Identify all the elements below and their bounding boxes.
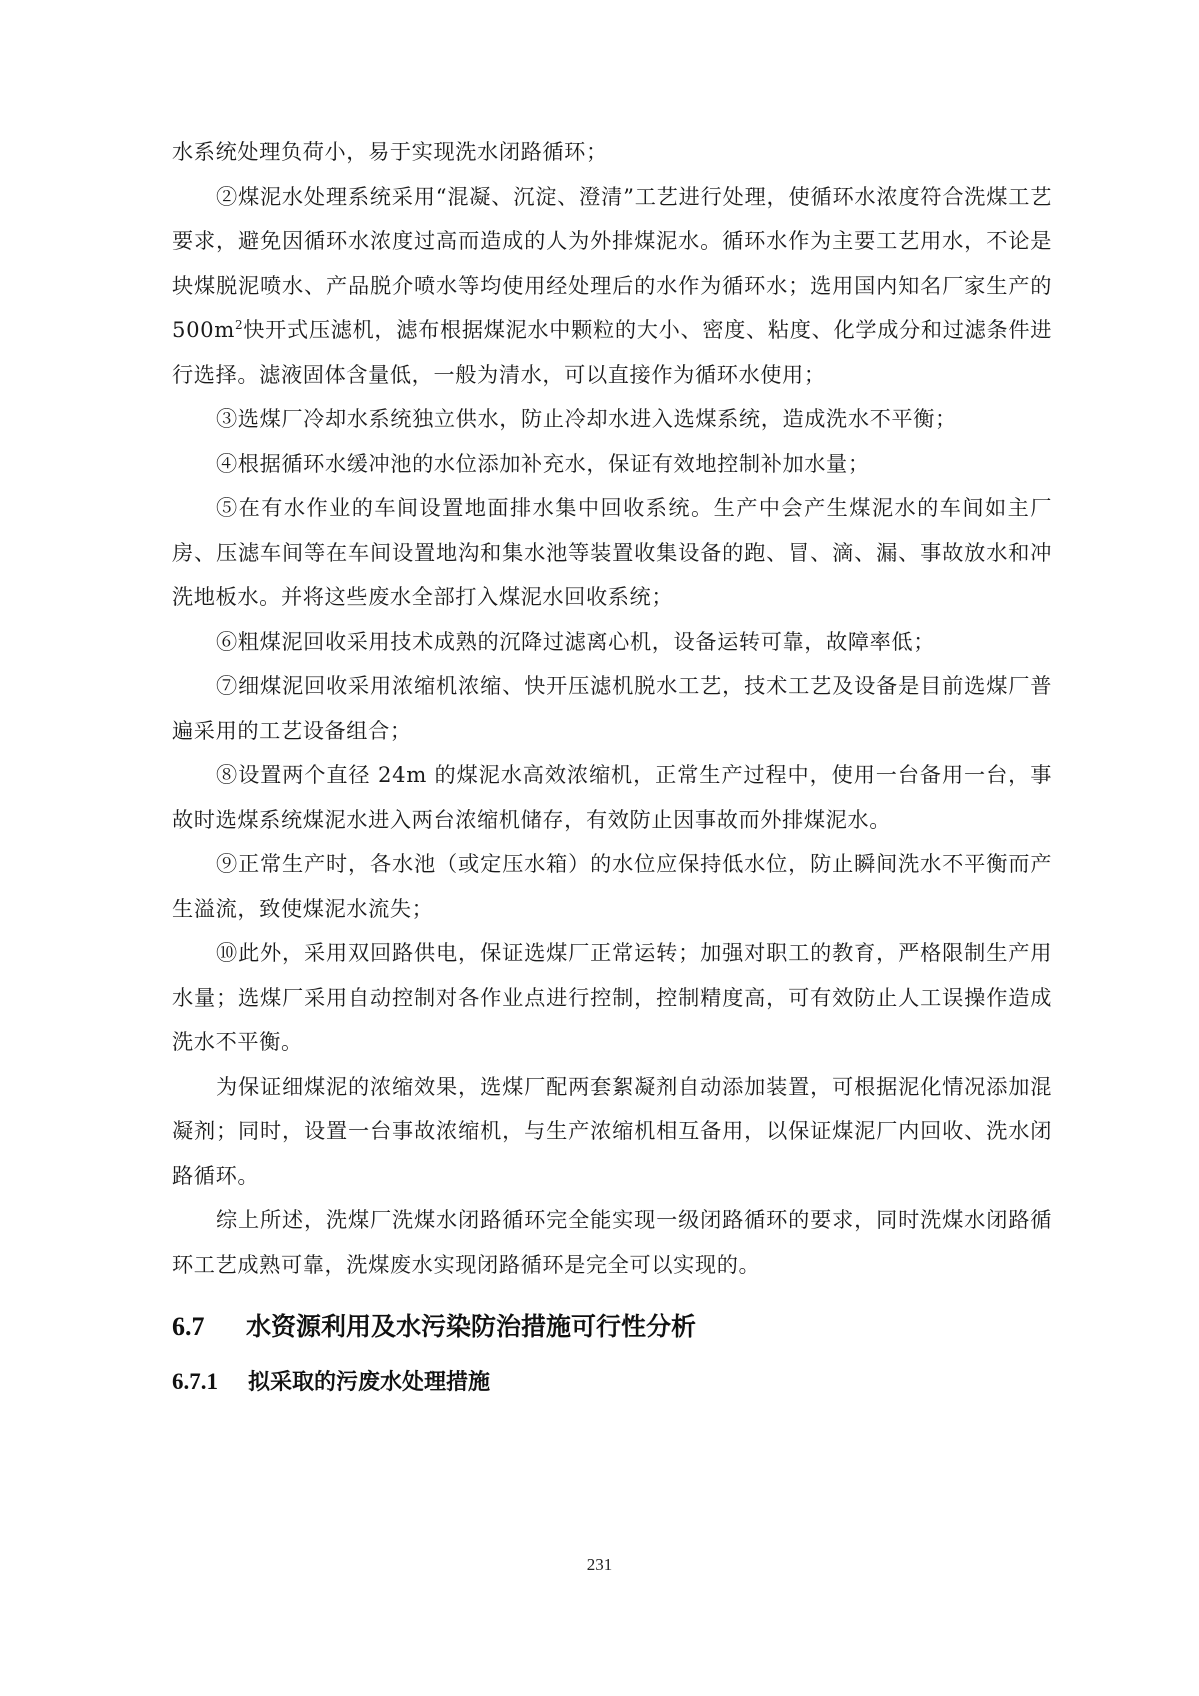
paragraph-1: 水系统处理负荷小，易于实现洗水闭路循环； [172,130,1052,175]
paragraph-4: ④根据循环水缓冲池的水位添加补充水，保证有效地控制补加水量； [172,442,1052,487]
paragraph-6: ⑥粗煤泥回收采用技术成熟的沉降过滤离心机，设备运转可靠，故障率低； [172,620,1052,665]
paragraph-10: ⑩此外，采用双回路供电，保证选煤厂正常运转；加强对职工的教育，严格限制生产用水量… [172,931,1052,1065]
paragraph-8: ⑧设置两个直径 24m 的煤泥水高效浓缩机，正常生产过程中，使用一台备用一台，事… [172,753,1052,842]
paragraph-11: 为保证细煤泥的浓缩效果，选煤厂配两套絮凝剂自动添加装置，可根据泥化情况添加混凝剂… [172,1065,1052,1199]
subsection-number: 6.7.1 [172,1355,248,1409]
page-number: 231 [0,1555,1199,1575]
subsection-title: 拟采取的污废水处理措施 [248,1370,490,1395]
paragraph-5: ⑤在有水作业的车间设置地面排水集中回收系统。生产中会产生煤泥水的车间如主厂房、压… [172,486,1052,620]
section-heading: 6.7水资源利用及水污染防治措施可行性分析 [172,1299,1052,1355]
paragraph-12: 综上所述，洗煤厂洗煤水闭路循环完全能实现一级闭路循环的要求，同时洗煤水闭路循环工… [172,1198,1052,1287]
section-title: 水资源利用及水污染防治措施可行性分析 [246,1312,696,1341]
paragraph-9: ⑨正常生产时，各水池（或定压水箱）的水位应保持低水位，防止瞬间洗水不平衡而产生溢… [172,842,1052,931]
superscript: 2 [235,318,243,332]
section-number: 6.7 [172,1299,246,1355]
paragraph-3: ③选煤厂冷却水系统独立供水，防止冷却水进入选煤系统，造成洗水不平衡； [172,397,1052,442]
paragraph-2-text-cont: 快开式压滤机，滤布根据煤泥水中颗粒的大小、密度、粘度、化学成分和过滤条件进行选择… [172,317,1052,387]
paragraph-7: ⑦细煤泥回收采用浓缩机浓缩、快开压滤机脱水工艺，技术工艺及设备是目前选煤厂普遍采… [172,664,1052,753]
document-page: 水系统处理负荷小，易于实现洗水闭路循环； ②煤泥水处理系统采用“混凝、沉淀、澄清… [172,130,1052,1409]
paragraph-2: ②煤泥水处理系统采用“混凝、沉淀、澄清”工艺进行处理，使循环水浓度符合洗煤工艺要… [172,175,1052,398]
subsection-heading: 6.7.1拟采取的污废水处理措施 [172,1355,1052,1409]
